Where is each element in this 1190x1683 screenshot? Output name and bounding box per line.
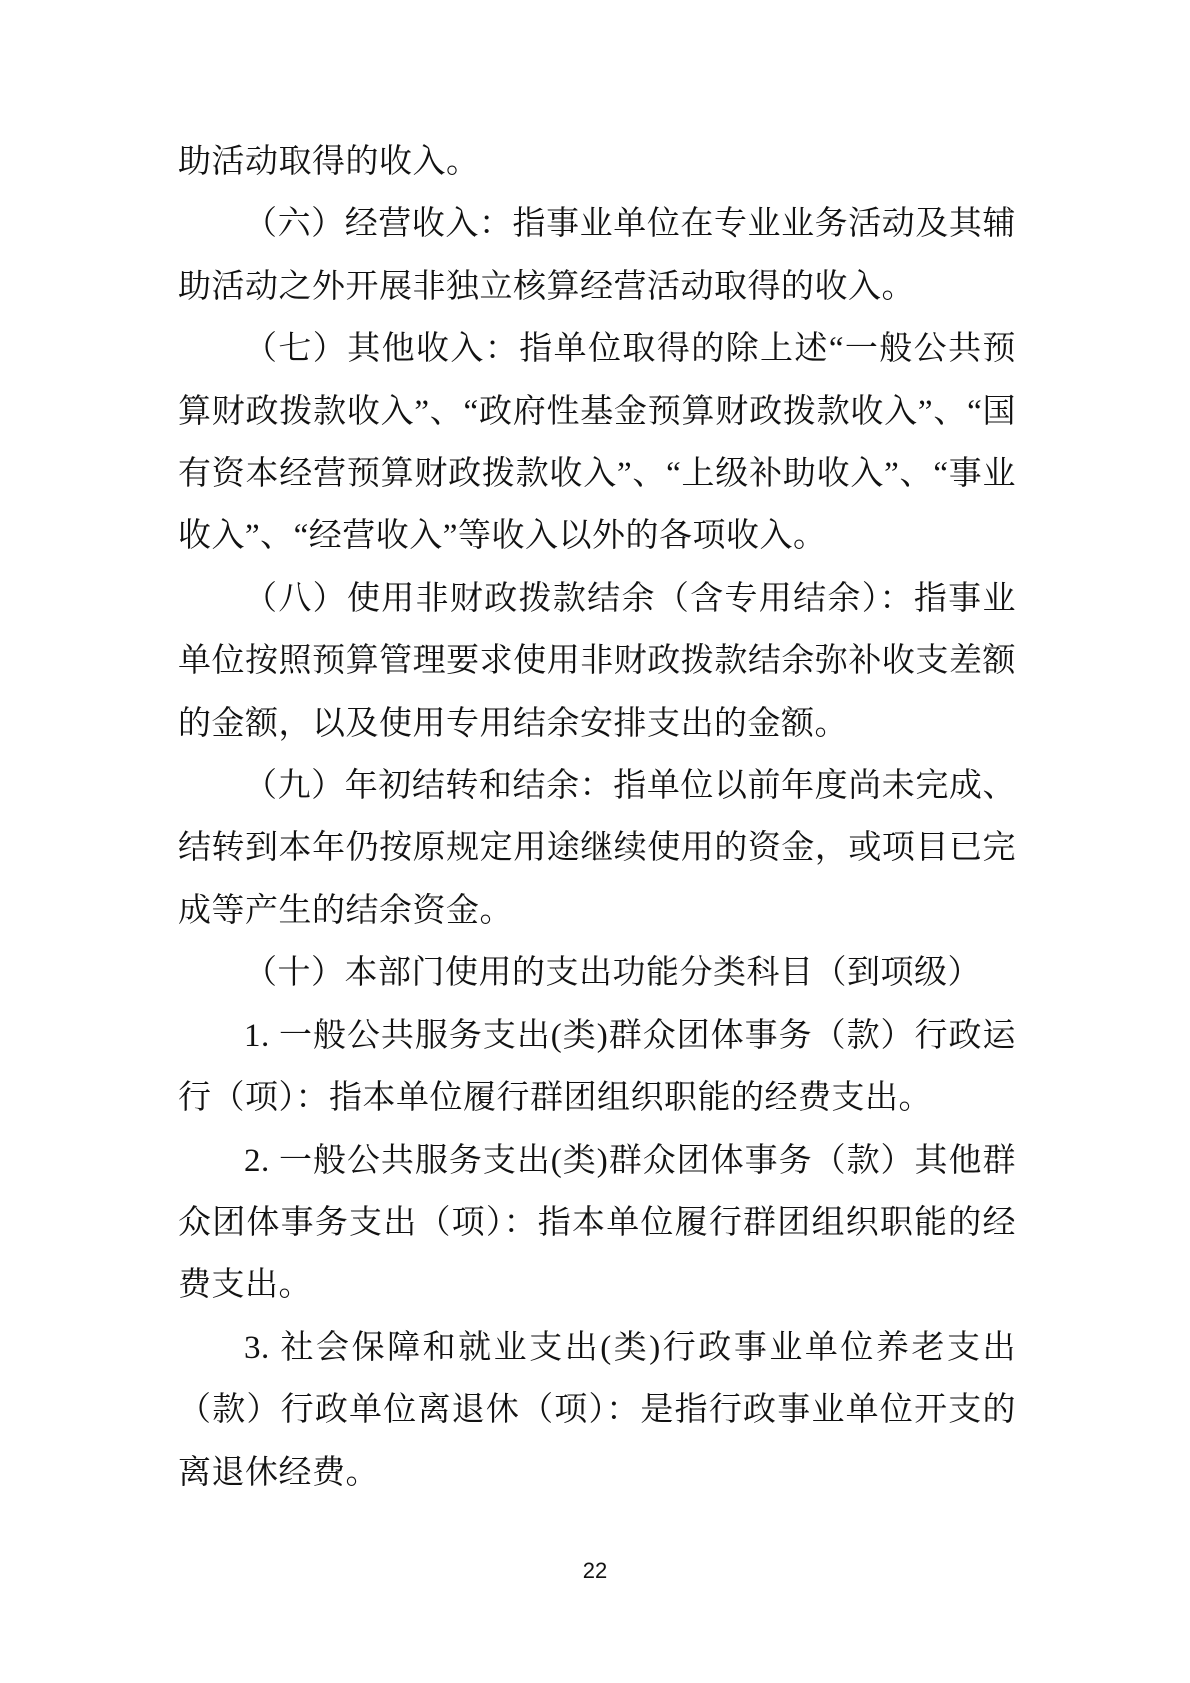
paragraph-item-7-other-income: （七）其他收入：指单位取得的除上述“一般公共预算财政拨款收入”、“政府性基金预算… <box>178 318 1016 568</box>
paragraph-subitem-2-other-mass-org: 2. 一般公共服务支出(类)群众团体事务（款）其他群众团体事务支出（项）：指本单… <box>178 1130 1016 1317</box>
paragraph-item-8-non-fiscal-carryover: （八）使用非财政拨款结余（含专用结余）：指事业单位按照预算管理要求使用非财政拨款… <box>178 568 1016 755</box>
paragraph-continuation: 助活动取得的收入。 <box>178 131 1016 193</box>
paragraph-item-6-operating-income: （六）经营收入：指事业单位在专业业务活动及其辅助活动之外开展非独立核算经营活动取… <box>178 193 1016 318</box>
page-number: 22 <box>0 1556 1190 1586</box>
document-page: 助活动取得的收入。 （六）经营收入：指事业单位在专业业务活动及其辅助活动之外开展… <box>0 0 1190 1683</box>
document-body: 助活动取得的收入。 （六）经营收入：指事业单位在专业业务活动及其辅助活动之外开展… <box>178 131 1016 1504</box>
paragraph-subitem-3-retirement: 3. 社会保障和就业支出(类)行政事业单位养老支出（款）行政单位离退休（项）：是… <box>178 1317 1016 1504</box>
paragraph-subitem-1-admin-operation: 1. 一般公共服务支出(类)群众团体事务（款）行政运行（项）：指本单位履行群团组… <box>178 1005 1016 1130</box>
paragraph-item-10-classification: （十）本部门使用的支出功能分类科目（到项级） <box>178 942 1016 1004</box>
paragraph-item-9-beginning-balance: （九）年初结转和结余：指单位以前年度尚未完成、结转到本年仍按原规定用途继续使用的… <box>178 755 1016 942</box>
